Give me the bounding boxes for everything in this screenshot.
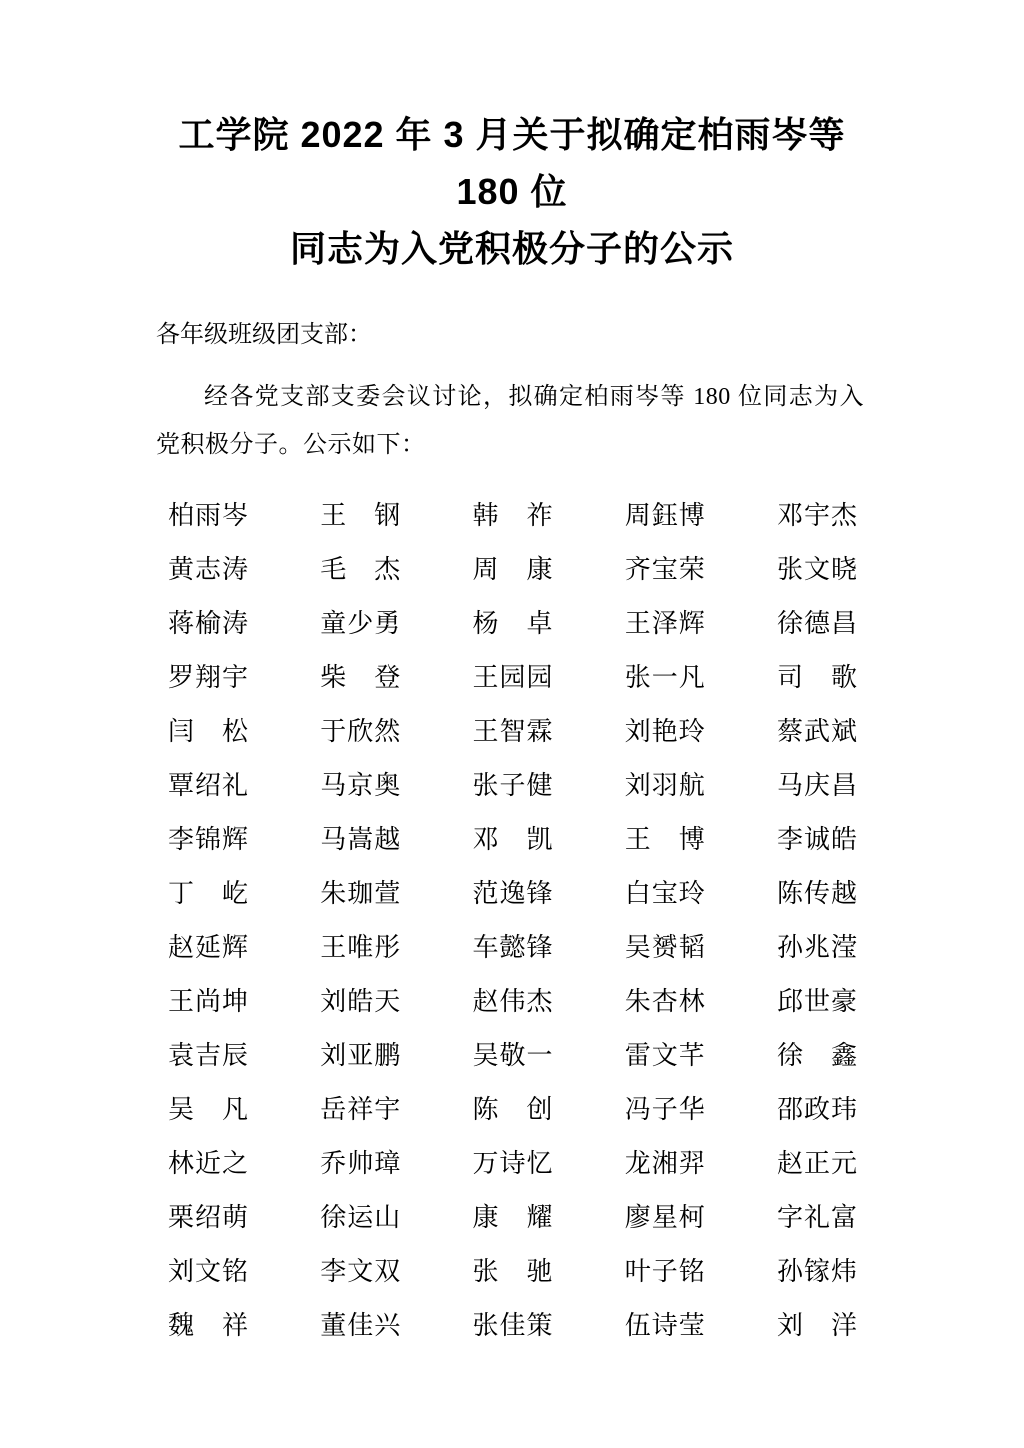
person-name: 张一凡 <box>625 651 706 705</box>
person-name: 朱杏林 <box>625 975 706 1029</box>
person-name: 范逸锋 <box>472 867 553 921</box>
person-name: 罗翔宇 <box>168 651 249 705</box>
person-name: 袁吉辰 <box>168 1029 249 1083</box>
person-name: 邱世豪 <box>777 975 858 1029</box>
person-name: 李诚皓 <box>777 813 858 867</box>
person-name: 王园园 <box>472 651 553 705</box>
person-name: 邓宇杰 <box>777 489 858 543</box>
person-name: 周 康 <box>472 543 553 597</box>
person-name: 张文晓 <box>777 543 858 597</box>
page-title-line-2: 同志为入党积极分子的公示 <box>156 220 868 277</box>
person-name: 邵政玮 <box>777 1083 858 1137</box>
person-name: 龙湘羿 <box>625 1137 706 1191</box>
person-name: 叶子铭 <box>625 1245 706 1299</box>
person-name: 吴敬一 <box>472 1029 553 1083</box>
person-name: 车懿锋 <box>472 921 553 975</box>
name-list-grid: 柏雨岑王 钢韩 祚周鈺博邓宇杰黄志涛毛 杰周 康齐宝荣张文晓蒋榆涛童少勇杨 卓王… <box>168 489 858 1353</box>
person-name: 蔡武斌 <box>777 705 858 759</box>
person-name: 徐德昌 <box>777 597 858 651</box>
person-name: 刘文铭 <box>168 1245 249 1299</box>
person-name: 赵伟杰 <box>472 975 553 1029</box>
person-name: 王尚坤 <box>168 975 249 1029</box>
person-name: 王智霖 <box>472 705 553 759</box>
page-title: 工学院 2022 年 3 月关于拟确定柏雨岑等 180 位 同志为入党积极分子的… <box>156 106 868 277</box>
person-name: 赵正元 <box>777 1137 858 1191</box>
person-name: 刘亚鹏 <box>320 1029 401 1083</box>
person-name: 童少勇 <box>320 597 401 651</box>
person-name: 柏雨岑 <box>168 489 249 543</box>
salutation-line: 各年级班级团支部： <box>156 311 868 359</box>
person-name: 丁 屹 <box>168 867 249 921</box>
person-name: 徐运山 <box>320 1191 401 1245</box>
person-name: 闫 松 <box>168 705 249 759</box>
person-name: 李文双 <box>320 1245 401 1299</box>
person-name: 邓 凯 <box>472 813 553 867</box>
person-name: 吴赟韬 <box>625 921 706 975</box>
person-name: 黄志涛 <box>168 543 249 597</box>
person-name: 陈传越 <box>777 867 858 921</box>
person-name: 张 驰 <box>472 1245 553 1299</box>
person-name: 冯子华 <box>625 1083 706 1137</box>
person-name: 于欣然 <box>320 705 401 759</box>
person-name: 王 博 <box>625 813 706 867</box>
person-name: 万诗忆 <box>472 1137 553 1191</box>
person-name: 马嵩越 <box>320 813 401 867</box>
person-name: 杨 卓 <box>472 597 553 651</box>
person-name: 孙兆滢 <box>777 921 858 975</box>
person-name: 李锦辉 <box>168 813 249 867</box>
page-title-line-1: 工学院 2022 年 3 月关于拟确定柏雨岑等 180 位 <box>156 106 868 220</box>
person-name: 刘艳玲 <box>625 705 706 759</box>
person-name: 王唯彤 <box>320 921 401 975</box>
person-name: 刘 洋 <box>777 1299 858 1353</box>
person-name: 毛 杰 <box>320 543 401 597</box>
person-name: 刘羽航 <box>625 759 706 813</box>
person-name: 周鈺博 <box>625 489 706 543</box>
person-name: 王泽辉 <box>625 597 706 651</box>
person-name: 乔帅璋 <box>320 1137 401 1191</box>
person-name: 朱珈萱 <box>320 867 401 921</box>
person-name: 韩 祚 <box>472 489 553 543</box>
person-name: 伍诗莹 <box>625 1299 706 1353</box>
person-name: 徐 鑫 <box>777 1029 858 1083</box>
person-name: 康 耀 <box>472 1191 553 1245</box>
person-name: 柴 登 <box>320 651 401 705</box>
person-name: 林近之 <box>168 1137 249 1191</box>
person-name: 岳祥宇 <box>320 1083 401 1137</box>
person-name: 栗绍萌 <box>168 1191 249 1245</box>
person-name: 马京奥 <box>320 759 401 813</box>
person-name: 齐宝荣 <box>625 543 706 597</box>
person-name: 陈 创 <box>472 1083 553 1137</box>
person-name: 王 钢 <box>320 489 401 543</box>
person-name: 孙镓炜 <box>777 1245 858 1299</box>
person-name: 字礼富 <box>777 1191 858 1245</box>
person-name: 董佳兴 <box>320 1299 401 1353</box>
person-name: 蒋榆涛 <box>168 597 249 651</box>
person-name: 雷文芊 <box>625 1029 706 1083</box>
document-page: 工学院 2022 年 3 月关于拟确定柏雨岑等 180 位 同志为入党积极分子的… <box>0 0 1024 1448</box>
person-name: 赵延辉 <box>168 921 249 975</box>
person-name: 魏 祥 <box>168 1299 249 1353</box>
person-name: 司 歌 <box>777 651 858 705</box>
person-name: 张子健 <box>472 759 553 813</box>
person-name: 廖星柯 <box>625 1191 706 1245</box>
person-name: 覃绍礼 <box>168 759 249 813</box>
intro-paragraph: 经各党支部支委会议讨论，拟确定柏雨岑等 180 位同志为入党积极分子。公示如下： <box>156 373 864 469</box>
person-name: 马庆昌 <box>777 759 858 813</box>
person-name: 吴 凡 <box>168 1083 249 1137</box>
person-name: 白宝玲 <box>625 867 706 921</box>
person-name: 刘皓天 <box>320 975 401 1029</box>
person-name: 张佳策 <box>472 1299 553 1353</box>
